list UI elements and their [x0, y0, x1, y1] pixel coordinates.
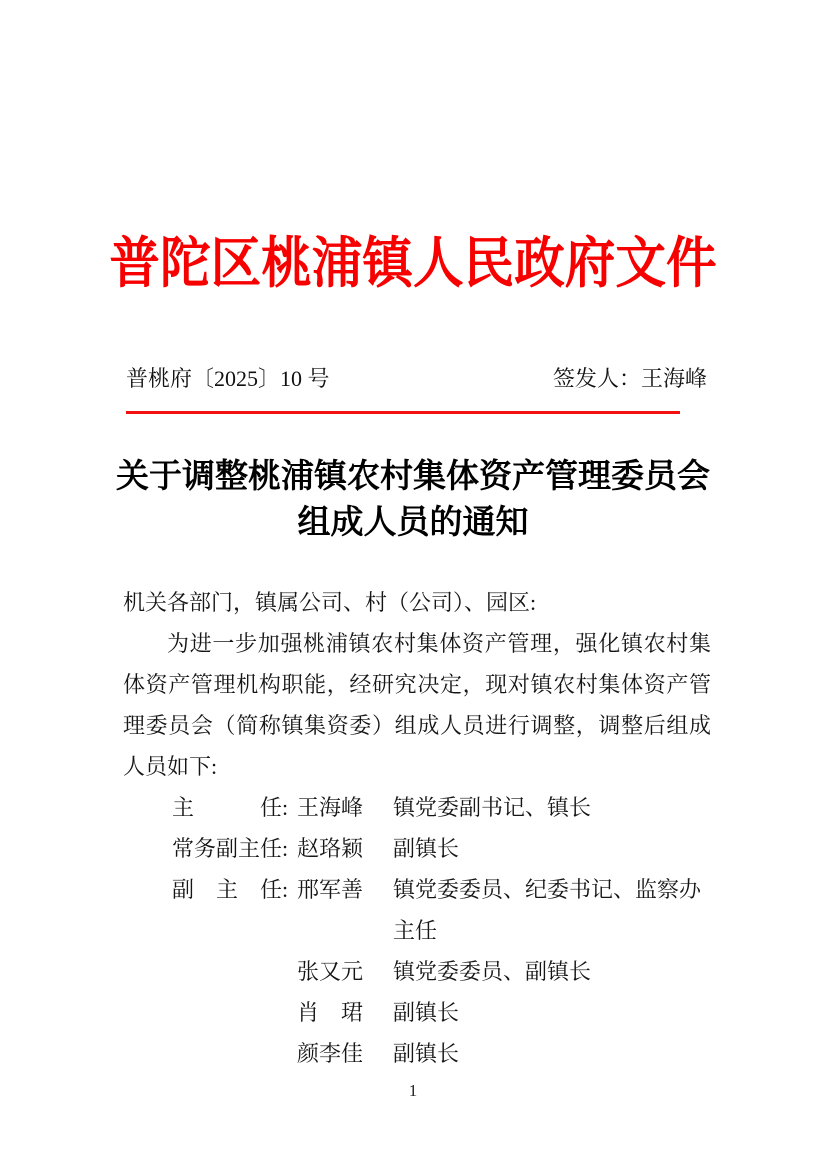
member-name: 张又元 [297, 951, 363, 992]
member-colon: : [282, 869, 297, 910]
member-name: 邢军善 [297, 869, 363, 910]
red-divider-rule [126, 411, 680, 414]
document-title: 关于调整桃浦镇农村集体资产管理委员会 组成人员的通知 [63, 454, 763, 546]
member-row: 副主任 : 邢军善 镇党委委员、纪委书记、监察办 主任 [123, 869, 711, 951]
member-row: 常务副主任 : 赵珞颖 副镇长 [123, 828, 711, 869]
member-role: 副镇长 [393, 992, 711, 1033]
member-role-line: 镇党委委员、纪委书记、监察办 [393, 869, 711, 910]
member-title-label: 副主任 [172, 869, 282, 910]
member-name: 肖珺 [297, 992, 363, 1033]
member-role: 镇党委委员、纪委书记、监察办 主任 [393, 869, 711, 951]
member-row: 肖珺 副镇长 [123, 992, 711, 1033]
member-role-line: 镇党委副书记、镇长 [393, 787, 711, 828]
member-role-line: 副镇长 [393, 828, 711, 869]
paragraph-line: 为进一步加强桃浦镇农村集体资产管理，强化镇农村集 [123, 623, 711, 664]
member-title-label: 常务副主任 [172, 828, 282, 869]
member-name: 颜李佳 [297, 1033, 363, 1074]
member-role-line: 主任 [393, 910, 711, 951]
paragraph-line: 理委员会（简称镇集资委）组成人员进行调整，调整后组成 [123, 705, 711, 746]
member-name: 赵珞颖 [297, 828, 363, 869]
document-body: 机关各部门，镇属公司、村（公司）、园区: 为进一步加强桃浦镇农村集体资产管理，强… [123, 582, 711, 1074]
member-name: 王海峰 [297, 787, 363, 828]
member-role-line: 副镇长 [393, 992, 711, 1033]
member-title-label: 主任 [172, 787, 282, 828]
document-page: 普陀区桃浦镇人民政府文件 普桃府〔2025〕10 号 签发人：王海峰 关于调整桃… [0, 0, 826, 1169]
document-title-line-1: 关于调整桃浦镇农村集体资产管理委员会 [63, 454, 763, 500]
paragraph-line: 体资产管理机构职能，经研究决定，现对镇农村集体资产管 [123, 664, 711, 705]
member-row: 主任 : 王海峰 镇党委副书记、镇长 [123, 787, 711, 828]
member-role-line: 副镇长 [393, 1033, 711, 1074]
member-role: 副镇长 [393, 828, 711, 869]
member-colon: : [282, 787, 297, 828]
member-row: 张又元 镇党委委员、副镇长 [123, 951, 711, 992]
org-name-text: 普陀区桃浦镇人民政府文件 [109, 233, 716, 295]
paragraph-line: 人员如下: [123, 746, 711, 787]
salutation-line: 机关各部门，镇属公司、村（公司）、园区: [123, 582, 711, 623]
member-row: 颜李佳 副镇长 [123, 1033, 711, 1074]
member-role-line: 镇党委委员、副镇长 [393, 951, 711, 992]
member-role: 镇党委委员、副镇长 [393, 951, 711, 992]
document-number: 普桃府〔2025〕10 号 [126, 367, 330, 391]
member-role: 副镇长 [393, 1033, 711, 1074]
red-letterhead-title: 普陀区桃浦镇人民政府文件 [0, 233, 826, 295]
issuer: 签发人：王海峰 [553, 367, 707, 391]
page-number: 1 [0, 1081, 826, 1101]
document-number-row: 普桃府〔2025〕10 号 签发人：王海峰 [126, 367, 707, 391]
member-colon: : [282, 828, 297, 869]
member-role: 镇党委副书记、镇长 [393, 787, 711, 828]
document-title-line-2: 组成人员的通知 [63, 500, 763, 546]
